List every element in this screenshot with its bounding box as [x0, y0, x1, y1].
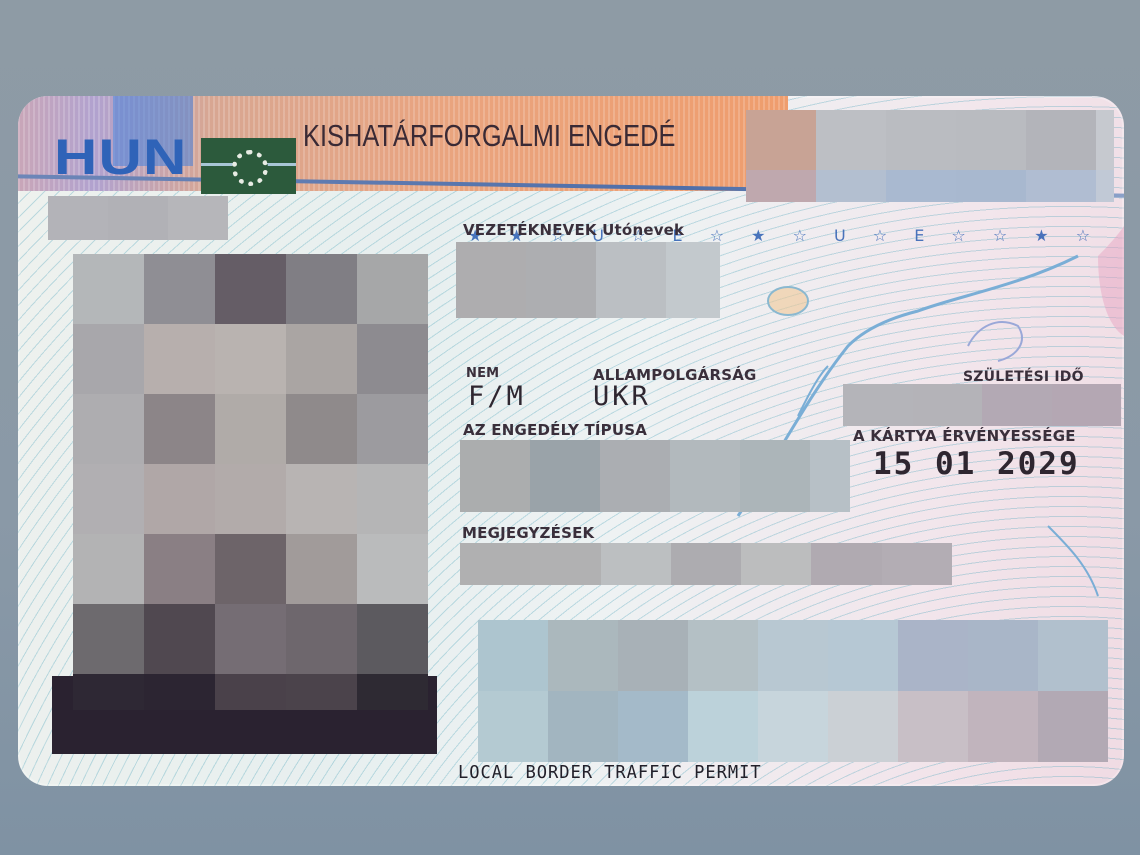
- redacted-remarks: [460, 543, 952, 585]
- country-code: HUN: [54, 128, 188, 186]
- emblem-icon: [201, 138, 296, 194]
- card-title: KISHATÁRFORGALMI ENGEDÉ: [303, 118, 675, 154]
- validity-value: 15 01 2029: [873, 446, 1080, 482]
- birth-date-label: SZÜLETÉSI IDŐ: [963, 369, 1084, 385]
- redacted-header-number: [746, 110, 1114, 202]
- redacted-birth-date: [843, 384, 1121, 426]
- redacted-machine-readable-zone: [478, 620, 1108, 762]
- sex-value: F/M: [468, 381, 526, 412]
- redacted-name: [456, 242, 720, 318]
- remarks-label: MEGJEGYZÉSEK: [462, 524, 594, 542]
- validity-label: A KÁRTYA ÉRVÉNYESSÉGE: [853, 427, 1076, 445]
- redacted-card-number: [48, 196, 228, 240]
- sex-label: NEM: [466, 366, 499, 381]
- permit-type-label: AZ ENGEDÉLY TÍPUSA: [463, 421, 647, 439]
- redacted-permit-type: [460, 440, 850, 512]
- surname-given-label: VEZETÉKNEVEK Utónevek: [463, 221, 684, 239]
- border-permit-card: HUN KISHATÁRFORGALMI ENGEDÉ ★ ★ ☆ U ☆ E …: [18, 96, 1124, 786]
- redacted-photo: [73, 254, 428, 750]
- footer-permit-text: LOCAL BORDER TRAFFIC PERMIT: [458, 762, 762, 783]
- nationality-value: UKR: [593, 381, 651, 412]
